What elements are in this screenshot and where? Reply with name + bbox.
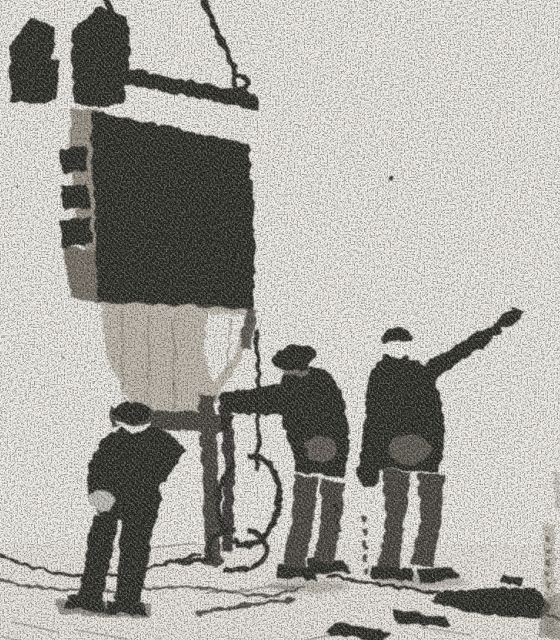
halftone-photo <box>0 0 560 640</box>
grain-dark-overlay <box>0 0 560 640</box>
photo-canvas <box>0 0 560 640</box>
